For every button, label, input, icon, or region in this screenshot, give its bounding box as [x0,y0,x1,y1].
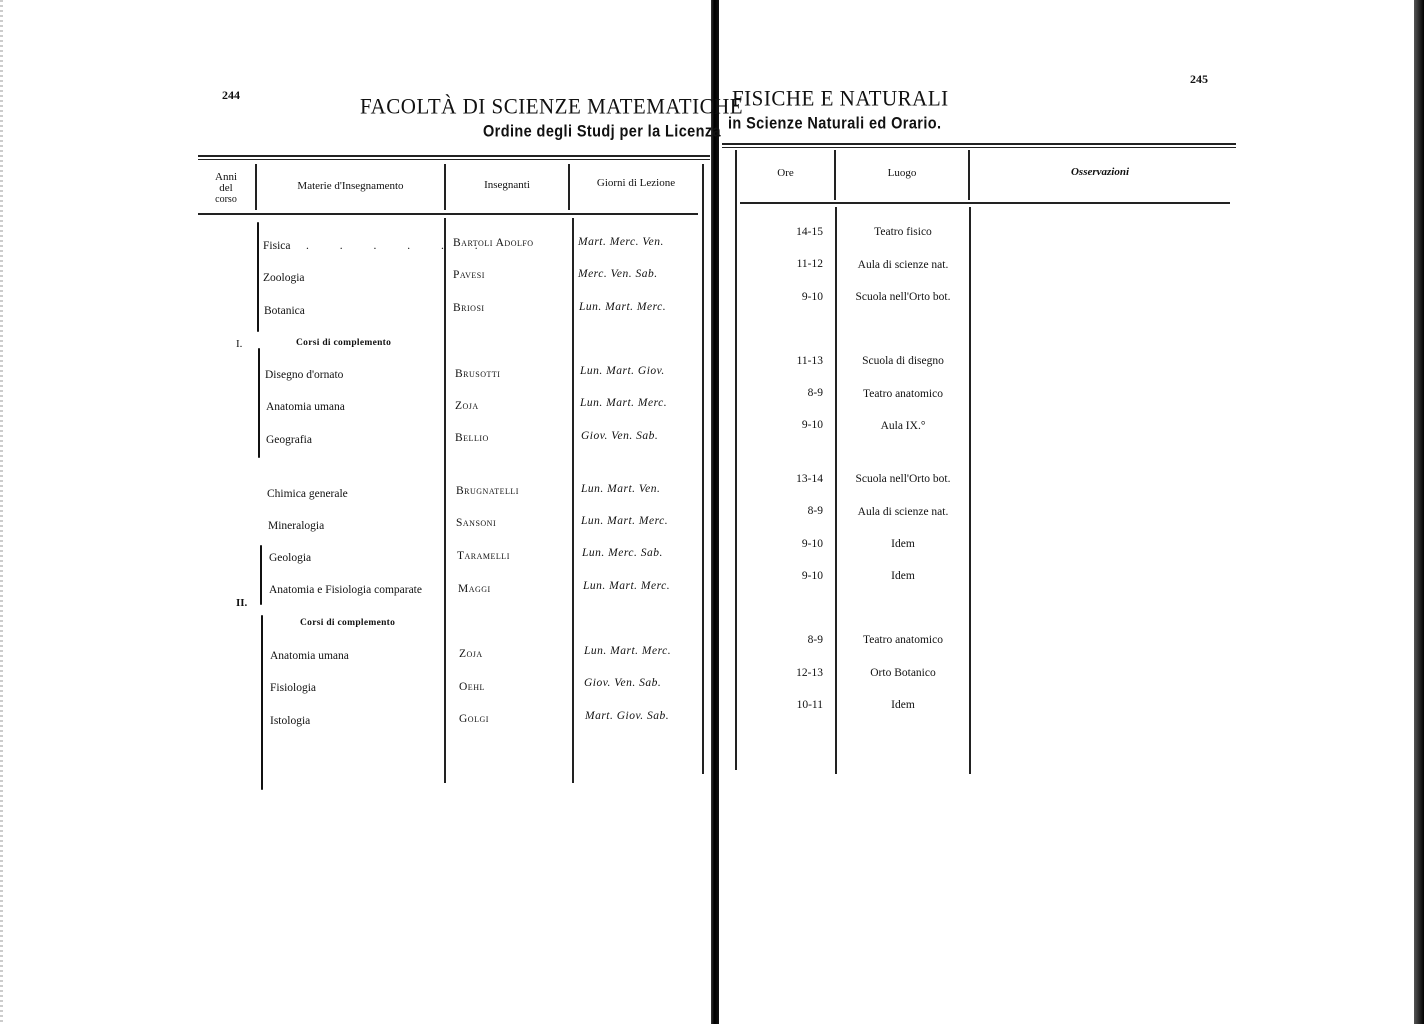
ore-cell: 12-13 [773,667,823,679]
ore-cell: 8-9 [773,634,823,646]
teacher-cell: Zoja [459,648,483,660]
col-divider [702,164,704,774]
subject-cell: Disegno d'ornato [265,369,343,381]
col-divider [572,218,574,783]
leader-dots: . . . . . . [306,240,492,252]
subject-cell: Fisica [263,240,290,252]
page-number-left: 244 [222,88,240,103]
ore-cell: 14-15 [773,226,823,238]
luogo-cell: Teatro anatomico [838,634,968,646]
header-luogo: Luogo [836,168,968,179]
ore-cell: 9-10 [773,538,823,550]
ore-cell: 9-10 [773,570,823,582]
subject-cell: Anatomia e Fisiologia comparate [269,584,422,596]
teacher-cell: Maggi [458,583,491,595]
teacher-cell: Golgi [459,713,489,725]
year-label: II. [236,597,247,609]
section-heading: Corsi di complemento [296,338,391,348]
teacher-cell: Pavesi [453,269,485,281]
col-divider [835,207,837,774]
subject-cell: Zoologia [263,272,305,284]
ore-cell: 9-10 [773,419,823,431]
luogo-cell: Scuola nell'Orto bot. [838,291,968,303]
header-anni-line: del [200,183,252,194]
days-cell: Lun. Mart. Ven. [581,483,660,495]
days-cell: Giov. Ven. Sab. [581,430,658,442]
teacher-cell: Brugnatelli [456,485,519,497]
luogo-cell: Scuola di disegno [838,355,968,367]
days-cell: Lun. Mart. Giov. [580,365,665,377]
subject-cell: Mineralogia [268,520,324,532]
luogo-cell: Orto Botanico [838,667,968,679]
col-divider [444,218,446,783]
teacher-cell: Zoja [455,400,479,412]
subject-cell: Anatomia umana [266,401,345,413]
page-title-left: FACOLTÀ DI SCIENZE MATEMATICHE [360,93,743,119]
luogo-cell: Aula di scienze nat. [838,259,968,271]
header-anni-line: corso [200,194,252,205]
ore-cell: 8-9 [773,505,823,517]
teacher-cell: Bellio [455,432,489,444]
teacher-cell: Oehl [459,681,485,693]
luogo-cell: Scuola nell'Orto bot. [838,473,968,485]
teacher-cell: Sansoni [456,517,496,529]
luogo-cell: Aula IX.° [838,420,968,432]
book-spine [711,0,719,1024]
days-cell: Lun. Mart. Merc. [580,397,667,409]
luogo-cell: Teatro anatomico [838,388,968,400]
days-cell: Giov. Ven. Sab. [584,677,661,689]
page-number-right: 245 [1190,72,1208,87]
subject-cell: Geologia [269,552,311,564]
header-materie: Materie d'Insegnamento [257,181,444,192]
luogo-cell: Teatro fisico [838,226,968,238]
year-brace [258,348,260,458]
subject-cell: Geografia [266,434,312,446]
days-cell: Lun. Mart. Merc. [583,580,670,592]
luogo-cell: Idem [838,570,968,582]
ore-cell: 11-12 [773,258,823,270]
page-subtitle-left: Ordine degli Studj per la Licenza [483,123,721,141]
days-cell: Mart. Giov. Sab. [585,710,669,722]
ore-cell: 9-10 [773,291,823,303]
year-label: I. [236,338,242,350]
section-heading: Corsi di complemento [300,618,395,628]
luogo-cell: Aula di scienze nat. [838,506,968,518]
luogo-cell: Idem [838,699,968,711]
scan-right-edge [1414,0,1424,1024]
header-insegnanti: Insegnanti [446,180,568,191]
teacher-cell: Taramelli [457,550,510,562]
scan-left-edge [0,0,3,1024]
subject-cell: Istologia [270,715,310,727]
table-top-rule-thin [722,147,1236,148]
subject-cell: Botanica [264,305,305,317]
subject-cell: Chimica generale [267,488,348,500]
days-cell: Lun. Mart. Merc. [581,515,668,527]
header-anni: Anni del corso [200,172,252,205]
ore-cell: 8-9 [773,387,823,399]
page-title-right: FISICHE E NATURALI [732,85,949,111]
header-ore: Ore [737,168,834,179]
teacher-cell: Brusotti [455,368,500,380]
ore-cell: 13-14 [773,473,823,485]
subject-cell: Anatomia umana [270,650,349,662]
ore-cell: 10-11 [773,699,823,711]
days-cell: Lun. Mart. Merc. [584,645,671,657]
days-cell: Mart. Merc. Ven. [578,236,664,248]
year-brace [261,615,263,790]
table-header-rule [740,202,1230,204]
col-divider [969,207,971,774]
header-osservazioni: Osservazioni [970,167,1230,178]
year-brace [260,545,262,605]
days-cell: Lun. Merc. Sab. [582,547,663,559]
days-cell: Lun. Mart. Merc. [579,301,666,313]
header-giorni: Giorni di Lezione [570,178,702,189]
table-header-rule [198,213,698,215]
table-top-rule [198,155,710,157]
table-top-rule [722,143,1236,145]
subject-cell: Fisiologia [270,682,316,694]
ore-cell: 11-13 [773,355,823,367]
luogo-cell: Idem [838,538,968,550]
year-brace [257,222,259,332]
days-cell: Merc. Ven. Sab. [578,268,658,280]
page-subtitle-right: in Scienze Naturali ed Orario. [728,115,941,133]
teacher-cell: Briosi [453,302,485,314]
table-top-rule-thin [198,159,710,160]
col-divider [735,150,737,770]
